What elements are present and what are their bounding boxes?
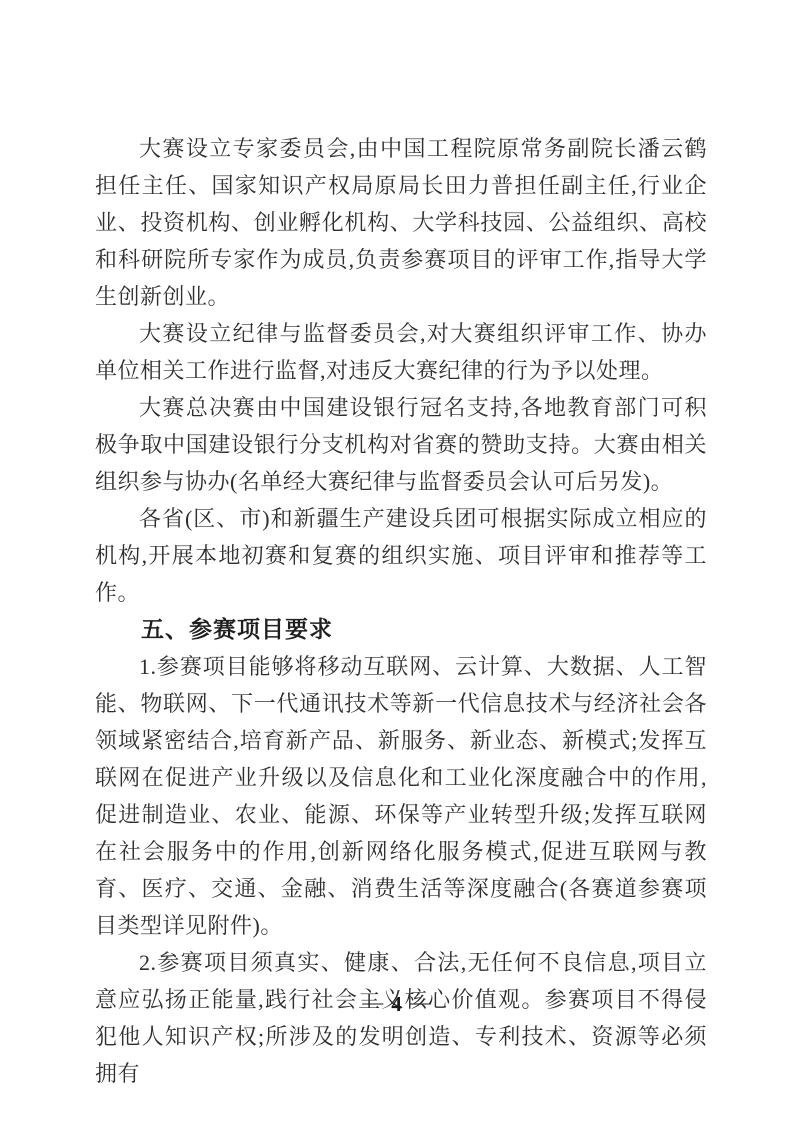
page-number: 4 [391, 992, 402, 1016]
paragraph: 大赛设立专家委员会,由中国工程院原常务副院长潘云鹤担任主任、国家知识产权局原局长… [95, 130, 707, 315]
page-footer: —4— [0, 992, 793, 1017]
paragraph: 大赛设立纪律与监督委员会,对大赛组织评审工作、协办单位相关工作进行监督,对违反大… [95, 315, 707, 389]
paragraph: 大赛总决赛由中国建设银行冠名支持,各地教育部门可积极争取中国建设银行分支机构对省… [95, 389, 707, 500]
paragraph: 各省(区、市)和新疆生产建设兵团可根据实际成立相应的机构,开展本地初赛和复赛的组… [95, 500, 707, 611]
footer-right-dash: — [410, 990, 431, 1014]
section-heading: 五、参赛项目要求 [95, 611, 707, 648]
document-page: 大赛设立专家委员会,由中国工程院原常务副院长潘云鹤担任主任、国家知识产权局原局长… [0, 0, 793, 1122]
paragraph: 1.参赛项目能够将移动互联网、云计算、大数据、人工智能、物联网、下一代通讯技术等… [95, 648, 707, 944]
footer-left-dash: — [362, 990, 383, 1014]
document-body: 大赛设立专家委员会,由中国工程院原常务副院长潘云鹤担任主任、国家知识产权局原局长… [95, 130, 707, 1092]
paragraph: 2.参赛项目须真实、健康、合法,无任何不良信息,项目立意应弘扬正能量,践行社会主… [95, 944, 707, 1092]
